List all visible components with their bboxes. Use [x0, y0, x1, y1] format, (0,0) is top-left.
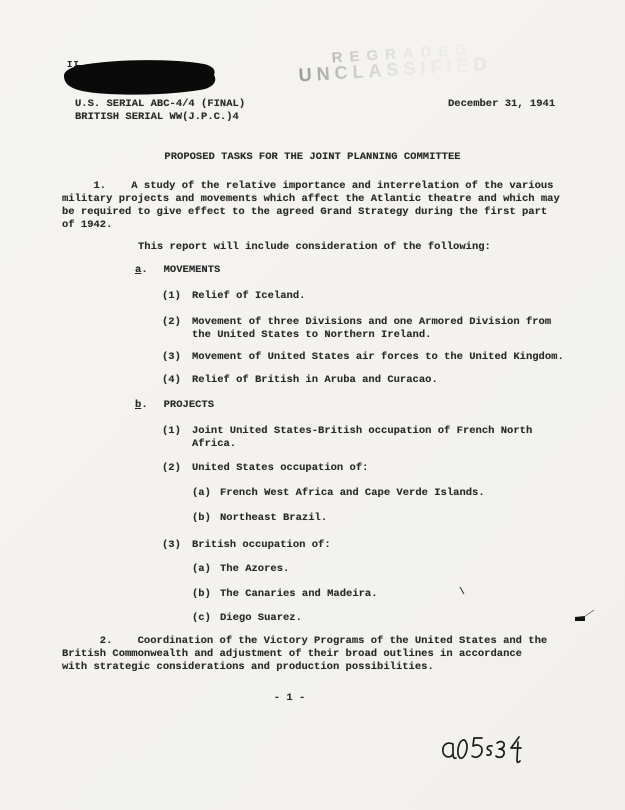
handwritten-code — [441, 734, 539, 768]
list-subitem: (b)Northeast Brazil. — [192, 512, 327, 525]
section-a-label: MOVEMENTS — [164, 264, 221, 276]
list-item: (3)Movement of United States air forces … — [162, 351, 564, 364]
stray-tick — [458, 585, 466, 597]
item-text: Movement of three Divisions and one Armo… — [192, 316, 551, 342]
item-text: The Canaries and Madeira. — [220, 588, 378, 601]
item-number: (1) — [162, 290, 192, 303]
item-text: Diego Suarez. — [220, 612, 302, 625]
list-subitem: (a)French West Africa and Cape Verde Isl… — [192, 487, 485, 500]
item-text: Movement of United States air forces to … — [192, 351, 564, 364]
item-number: (a) — [192, 563, 220, 576]
section-a-header: a.MOVEMENTS — [135, 264, 220, 277]
section-a-sep: . — [141, 264, 147, 276]
scanned-document-page: II REGRADED UNCLASSIFIED U.S. SERIAL ABC… — [0, 0, 625, 810]
item-number: (c) — [192, 612, 220, 625]
item-number: (4) — [162, 374, 192, 387]
section-b-label: PROJECTS — [164, 399, 214, 411]
paragraph-1: 1. A study of the relative importance an… — [62, 180, 560, 232]
item-number: (3) — [162, 539, 192, 552]
item-number: (3) — [162, 351, 192, 364]
list-item: (2)United States occupation of: — [162, 462, 368, 475]
list-subitem: (c)Diego Suarez. — [192, 612, 302, 625]
section-b-header: b.PROJECTS — [135, 399, 214, 412]
document-date: December 31, 1941 — [448, 98, 555, 111]
document-title: PROPOSED TASKS FOR THE JOINT PLANNING CO… — [0, 151, 625, 164]
item-text: Relief of Iceland. — [192, 290, 305, 303]
item-number: (1) — [162, 425, 192, 451]
item-text: French West Africa and Cape Verde Island… — [220, 487, 485, 500]
item-number: (b) — [192, 512, 220, 525]
item-number: (2) — [162, 462, 192, 475]
list-item: (3)British occupation of: — [162, 539, 331, 552]
intro-line: This report will include consideration o… — [138, 241, 491, 254]
item-number: (2) — [162, 316, 192, 342]
item-number: (a) — [192, 487, 220, 500]
item-text: Relief of British in Aruba and Curacao. — [192, 374, 438, 387]
list-item: (2)Movement of three Divisions and one A… — [162, 316, 551, 342]
list-item: (4)Relief of British in Aruba and Curaca… — [162, 374, 438, 387]
item-text: Northeast Brazil. — [220, 512, 327, 525]
section-b-sep: . — [141, 399, 147, 411]
declassification-stamp: REGRADED UNCLASSIFIED — [297, 38, 548, 82]
redaction-bar — [56, 55, 221, 100]
item-text: British occupation of: — [192, 539, 331, 552]
list-item: (1)Joint United States-British occupatio… — [162, 425, 532, 451]
ink-smudge — [572, 608, 598, 628]
serial-lines: U.S. SERIAL ABC-4/4 (FINAL) BRITISH SERI… — [75, 98, 245, 124]
list-subitem: (a)The Azores. — [192, 563, 289, 576]
paragraph-2: 2. Coordination of the Victory Programs … — [62, 635, 547, 674]
item-number: (b) — [192, 588, 220, 601]
list-item: (1)Relief of Iceland. — [162, 290, 305, 303]
list-subitem: (b)The Canaries and Madeira. — [192, 588, 378, 601]
item-text: United States occupation of: — [192, 462, 368, 475]
page-number: - 1 - — [252, 692, 327, 705]
item-text: Joint United States-British occupation o… — [192, 425, 532, 451]
item-text: The Azores. — [220, 563, 289, 576]
